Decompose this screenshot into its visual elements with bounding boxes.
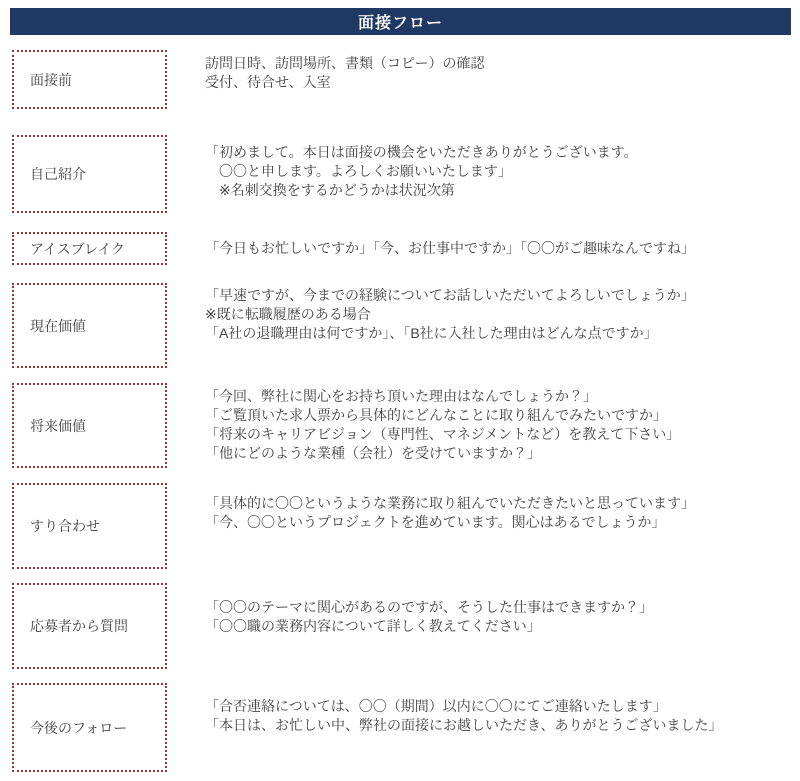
- flow-step-box-current-value: 現在価値: [12, 283, 167, 368]
- description-line: 「ご覧頂いた求人票から具体的にどんなことに取り組んでみたいですか」: [205, 406, 790, 425]
- flow-step-box-follow-up: 今後のフォロー: [12, 683, 167, 772]
- flow-step-label: すり合わせ: [14, 516, 100, 536]
- description-line: 受付、待合せ、入室: [205, 73, 790, 92]
- description-line: 「他にどのような業種（会社）を受けていますか？」: [205, 444, 790, 463]
- flow-step-description: 「早速ですが、今までの経験についてお話しいただいてよろしいでしょうか」 ※既に転…: [205, 286, 790, 343]
- description-line: 「今回、弊社に関心をお持ち頂いた理由はなんでしょうか？」: [205, 387, 790, 406]
- flow-step-description: 「初めまして。本日は面接の機会をいただきありがとうございます。 〇〇と申します。…: [205, 143, 790, 200]
- description-line: ※既に転職履歴のある場合: [205, 305, 790, 324]
- description-line: 「具体的に〇〇というような業務に取り組んでいただきたいと思っています」: [205, 494, 790, 513]
- description-line: 「〇〇のテーマに関心があるのですが、そうした仕事はできますか？」: [205, 598, 790, 617]
- flow-step-description: 「合否連絡については、〇〇（期間）以内に〇〇にてご連絡いたします」 「本日は、お…: [205, 697, 790, 735]
- description-line: 「今、〇〇というプロジェクトを進めています。関心はあるでしょうか」: [205, 513, 790, 532]
- flow-step-label: 今後のフォロー: [14, 718, 127, 738]
- flow-step-box-applicant-questions: 応募者から質問: [12, 583, 167, 669]
- flow-step-description: 「今回、弊社に関心をお持ち頂いた理由はなんでしょうか？」 「ご覧頂いた求人票から…: [205, 387, 790, 463]
- flow-step-box-self-introduction: 自己紹介: [12, 135, 167, 213]
- flow-step-box-alignment: すり合わせ: [12, 483, 167, 569]
- description-line: 「合否連絡については、〇〇（期間）以内に〇〇にてご連絡いたします」: [205, 697, 790, 716]
- description-line: 「本日は、お忙しい中、弊社の面接にお越しいただき、ありがとうございました」: [205, 716, 790, 735]
- description-line: 「初めまして。本日は面接の機会をいただきありがとうございます。: [205, 143, 790, 162]
- description-line: 〇〇と申します。よろしくお願いいたします」: [205, 162, 790, 181]
- description-line: ※名刺交換をするかどうかは状況次第: [205, 181, 790, 200]
- flow-step-label: 応募者から質問: [14, 616, 128, 636]
- flow-step-label: 自己紹介: [14, 164, 86, 184]
- flow-step-box-icebreak: アイスブレイク: [12, 232, 167, 265]
- flow-step-box-pre-interview: 面接前: [12, 50, 167, 109]
- flow-step-description: 「今日もお忙しいですか」「今、お仕事中ですか」「〇〇がご趣味なんですね」: [205, 239, 790, 258]
- slide-page: 面接フロー 面接前 訪問日時、訪問場所、書類（コピー）の確認 受付、待合せ、入室…: [0, 0, 800, 781]
- description-line: 「今日もお忙しいですか」「今、お仕事中ですか」「〇〇がご趣味なんですね」: [205, 239, 790, 258]
- header-bar: 面接フロー: [10, 8, 791, 35]
- flow-step-label: 面接前: [14, 70, 72, 90]
- description-line: 「将来のキャリアビジョン（専門性、マネジメントなど）を教えて下さい」: [205, 425, 790, 444]
- description-line: 「早速ですが、今までの経験についてお話しいただいてよろしいでしょうか」: [205, 286, 790, 305]
- flow-step-description: 「具体的に〇〇というような業務に取り組んでいただきたいと思っています」 「今、〇…: [205, 494, 790, 532]
- flow-step-label: 将来価値: [14, 416, 86, 436]
- description-line: 訪問日時、訪問場所、書類（コピー）の確認: [205, 54, 790, 73]
- flow-step-description: 「〇〇のテーマに関心があるのですが、そうした仕事はできますか？」 「〇〇職の業務…: [205, 598, 790, 636]
- description-line: 「A社の退職理由は何ですか」、「B社に入社した理由はどんな点ですか」: [205, 324, 790, 343]
- flow-step-box-future-value: 将来価値: [12, 383, 167, 468]
- flow-step-label: アイスブレイク: [14, 239, 125, 259]
- description-line: 「〇〇職の業務内容について詳しく教えてください」: [205, 617, 790, 636]
- flow-step-label: 現在価値: [14, 316, 86, 336]
- page-title: 面接フロー: [358, 10, 443, 33]
- flow-step-description: 訪問日時、訪問場所、書類（コピー）の確認 受付、待合せ、入室: [205, 54, 790, 92]
